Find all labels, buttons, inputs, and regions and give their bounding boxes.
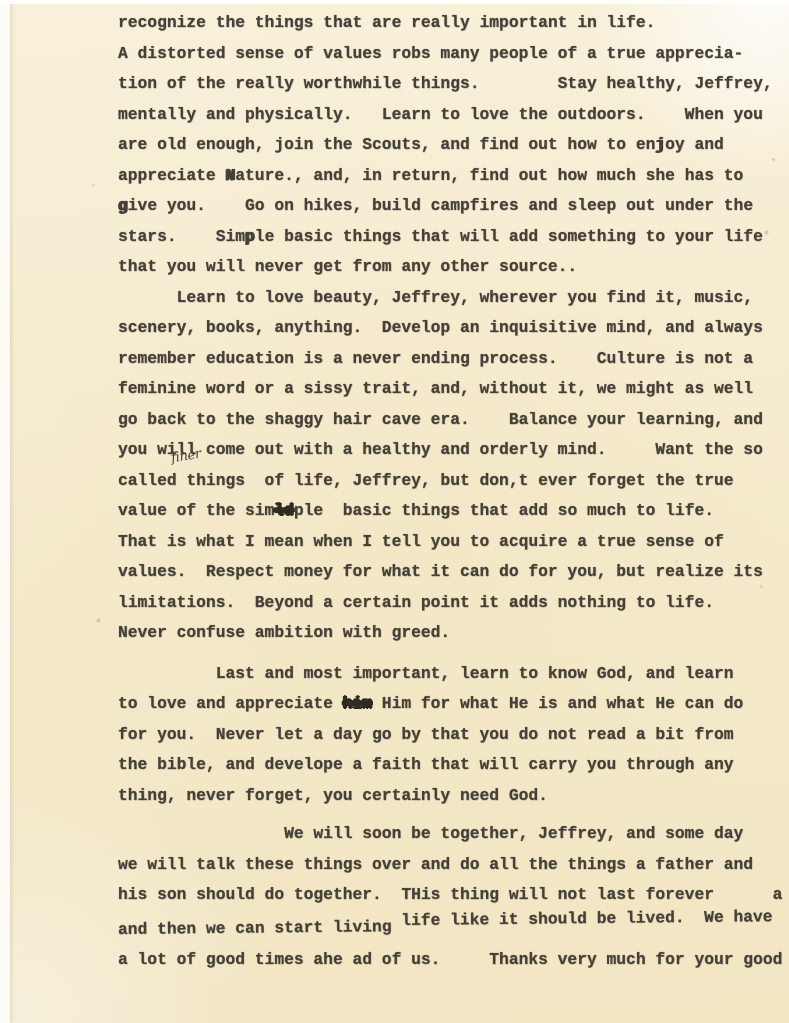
text-line: and then we can start living life like i… <box>118 908 771 945</box>
text-line: scenery, books, anything. Develop an inq… <box>118 313 771 344</box>
overtyped-char: j <box>655 135 665 154</box>
letter-body: recognize the things that are really imp… <box>0 0 789 976</box>
letter-page: recognize the things that are really imp… <box>0 0 789 1023</box>
overtyped-char: p <box>245 227 255 246</box>
text-line: mentally and physically. Learn to love t… <box>118 100 771 131</box>
text-line: limitations. Beyond a certain point it a… <box>118 588 771 619</box>
text-line: you will come out with a healthy and ord… <box>118 435 771 466</box>
text-line: a lot of good times ahe ad of us. Thanks… <box>118 945 771 976</box>
text-line: Last and most important, learn to know G… <box>118 659 771 690</box>
overtyped-char: g <box>118 196 128 215</box>
overtyped-char: N <box>225 166 235 185</box>
paragraph-2: Learn to love beauty, Jeffrey, wherever … <box>118 283 771 649</box>
text-line: the bible, and develope a faith that wil… <box>118 750 771 781</box>
text-line: appreciate Nature., and, in return, find… <box>118 161 771 192</box>
paragraph-4: We will soon be together, Jeffrey, and s… <box>118 819 771 976</box>
text-line: go back to the shaggy hair cave era. Bal… <box>118 405 771 436</box>
text-line: stars. Simple basic things that will add… <box>118 222 771 253</box>
text-line: We will soon be together, Jeffrey, and s… <box>118 819 771 850</box>
text-line: his son should do together. THis thing w… <box>118 880 771 911</box>
handwritten-word: finer <box>168 439 202 474</box>
raised-text: life like it should be lived. We have <box>401 907 772 930</box>
text-line: values. Respect money for what it can do… <box>118 557 771 588</box>
blotted-correction: him <box>343 694 372 713</box>
text-line: Learn to love beauty, Jeffrey, wherever … <box>118 283 771 314</box>
text-line: A distorted sense of values robs many pe… <box>118 39 771 70</box>
paragraph-3: Last and most important, learn to know G… <box>118 659 771 812</box>
blotted-correction: ld <box>274 501 294 520</box>
paragraph-1: recognize the things that are really imp… <box>118 8 771 283</box>
text-line: to love and appreciate him Him for what … <box>118 689 771 720</box>
text-line: remember education is a never ending pro… <box>118 344 771 375</box>
text-line: thing, never forget, you certainly need … <box>118 781 771 812</box>
text-line: tion of the really worthwhile things. St… <box>118 69 771 100</box>
text-line: that you will never get from any other s… <box>118 252 771 283</box>
text-line: give you. Go on hikes, build campfires a… <box>118 191 771 222</box>
text-line: That is what I mean when I tell you to a… <box>118 527 771 558</box>
text-line: for you. Never let a day go by that you … <box>118 720 771 751</box>
text-line: recognize the things that are really imp… <box>118 8 771 39</box>
text-line: feminine word or a sissy trait, and, wit… <box>118 374 771 405</box>
text-line: Never confuse ambition with greed. <box>118 618 771 649</box>
text-line: value of the simldple basic things that … <box>118 496 771 527</box>
text-line: we will talk these things over and do al… <box>118 850 771 881</box>
text-line: are old enough, join the Scouts, and fin… <box>118 130 771 161</box>
text-line: calledfiner things of life, Jeffrey, but… <box>118 466 771 497</box>
